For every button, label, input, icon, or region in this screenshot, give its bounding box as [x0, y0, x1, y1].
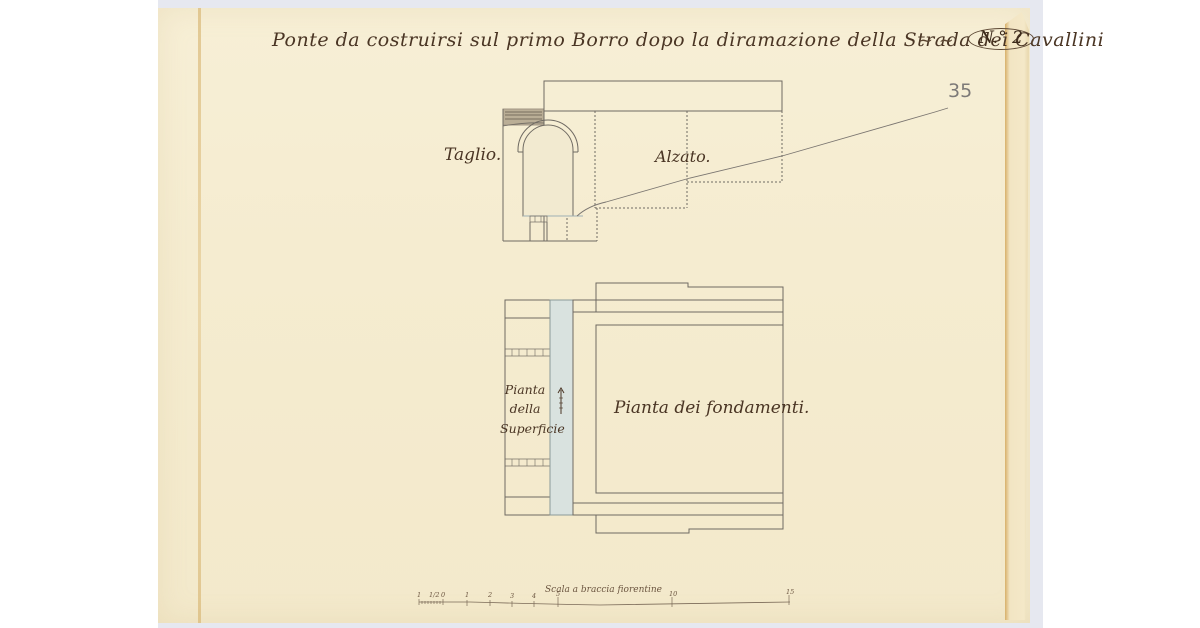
label-surface-plan: Pianta della Superficie [500, 380, 550, 438]
scanned-drawing-page: Ponte da costruirsi sul primo Borro dopo… [0, 0, 1200, 628]
scale-tick-label: 1 [465, 591, 469, 599]
scale-caption: Scala a braccia fiorentine [545, 586, 662, 595]
label-section: Taglio. [444, 147, 501, 164]
scale-tick-label: 1 [417, 591, 421, 599]
scale-tick-label: 0 [441, 591, 445, 599]
bridge-drawing-linework [0, 0, 1200, 628]
scale-tick-label: 15 [786, 588, 794, 596]
sheet-number-badge: N.° 2 [968, 28, 1034, 50]
scale-tick-label: 3 [510, 592, 514, 600]
title-flourish: ~ ~ [918, 32, 954, 50]
pencil-annotation: 35 [948, 80, 972, 102]
label-foundation-plan: Pianta dei fondamenti. [614, 400, 809, 417]
scale-tick-label: 4 [532, 592, 536, 600]
parapet-blocks-bottom [505, 459, 550, 466]
scale-tick-label: 5 [556, 590, 560, 598]
scale-tick-label: 2 [488, 591, 492, 599]
label-elevation: Alzato. [655, 149, 711, 165]
scale-tick-label: 10 [669, 590, 677, 598]
scale-tick-label: 1/2 [429, 591, 439, 599]
parapet-blocks-top [505, 349, 550, 356]
